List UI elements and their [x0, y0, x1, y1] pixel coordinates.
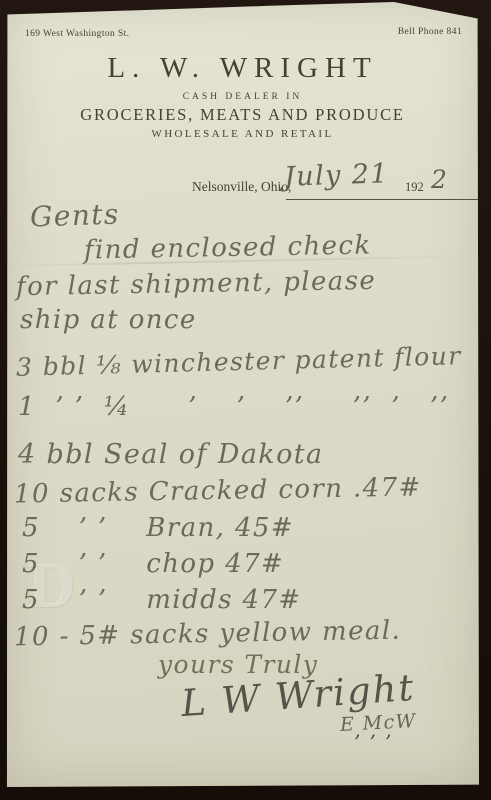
signature-tick-marks: ’ ’ ’ — [354, 730, 393, 754]
dateline-rule — [286, 180, 478, 200]
order-line: 5 ’ ’ chop 47# — [22, 549, 284, 579]
letter-greeting: Gents — [29, 197, 120, 233]
order-line: 4 bbl Seal of Dakota — [18, 439, 323, 470]
letter-line: ship at once — [20, 305, 197, 335]
order-line: 5 ’ ’ midds 47# — [22, 585, 302, 615]
order-line: 10 - 5# sacks yellow meal. — [14, 616, 402, 653]
scanned-letter: D 169 West Washington St. Bell Phone 841… — [0, 0, 491, 800]
letterhead-business-name: L. W. WRIGHT — [6, 52, 479, 85]
letterhead-address: 169 West Washington St. — [25, 29, 129, 39]
letter-paper: D 169 West Washington St. Bell Phone 841… — [6, 2, 479, 787]
order-line: 10 sacks Cracked corn .47# — [14, 472, 422, 509]
letterhead-trade-line: WHOLESALE AND RETAIL — [6, 128, 479, 140]
letterhead-business-line: GROCERIES, MEATS AND PRODUCE — [6, 105, 479, 125]
dateline-place-printed: Nelsonville, Ohio, — [192, 179, 291, 195]
order-line: 5 ’ ’ Bran, 45# — [22, 513, 294, 543]
letter-line: for last shipment, please — [16, 266, 377, 302]
letter-line: find enclosed check — [84, 230, 372, 265]
letterhead-subtitle: CASH DEALER IN — [6, 92, 479, 102]
order-line-ditto: 1 ’ ’ ¼ ’ ’ ’’ ’’ ’ ’’ — [18, 392, 449, 422]
order-line: 3 bbl ⅛ winchester patent flour — [16, 341, 462, 382]
letterhead-phone: Bell Phone 841 — [398, 27, 462, 37]
